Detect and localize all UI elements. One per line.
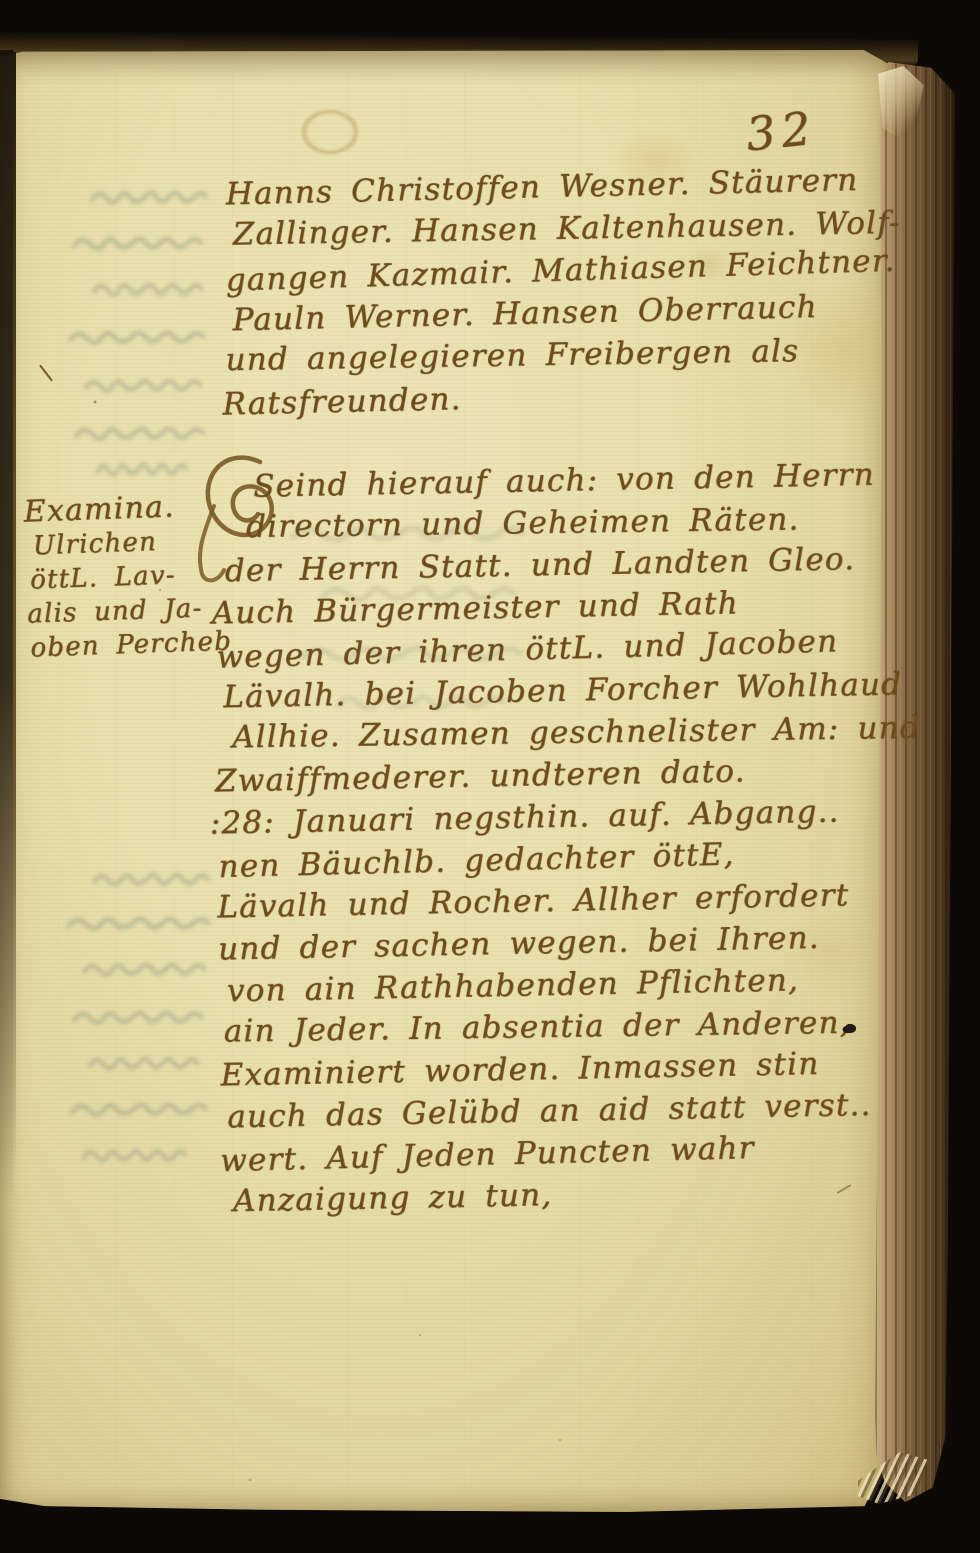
- manuscript-line: Allhie. Zusamen geschnelister Am: und: [232, 707, 875, 758]
- page-number: 32: [743, 100, 819, 161]
- binding-shadow: [0, 50, 13, 1200]
- paragraph-body: Seind hierauf auch: von den Herrndirecto…: [209, 454, 883, 1223]
- binding-crease-line: [13, 52, 16, 1182]
- manuscript-line: directorn und Geheimen Räten.: [246, 497, 871, 548]
- paragraph-names-list: Hanns Christoffen Wesner. StäurernZallin…: [225, 159, 871, 425]
- margin-note-line: oben Percheb: [30, 624, 229, 665]
